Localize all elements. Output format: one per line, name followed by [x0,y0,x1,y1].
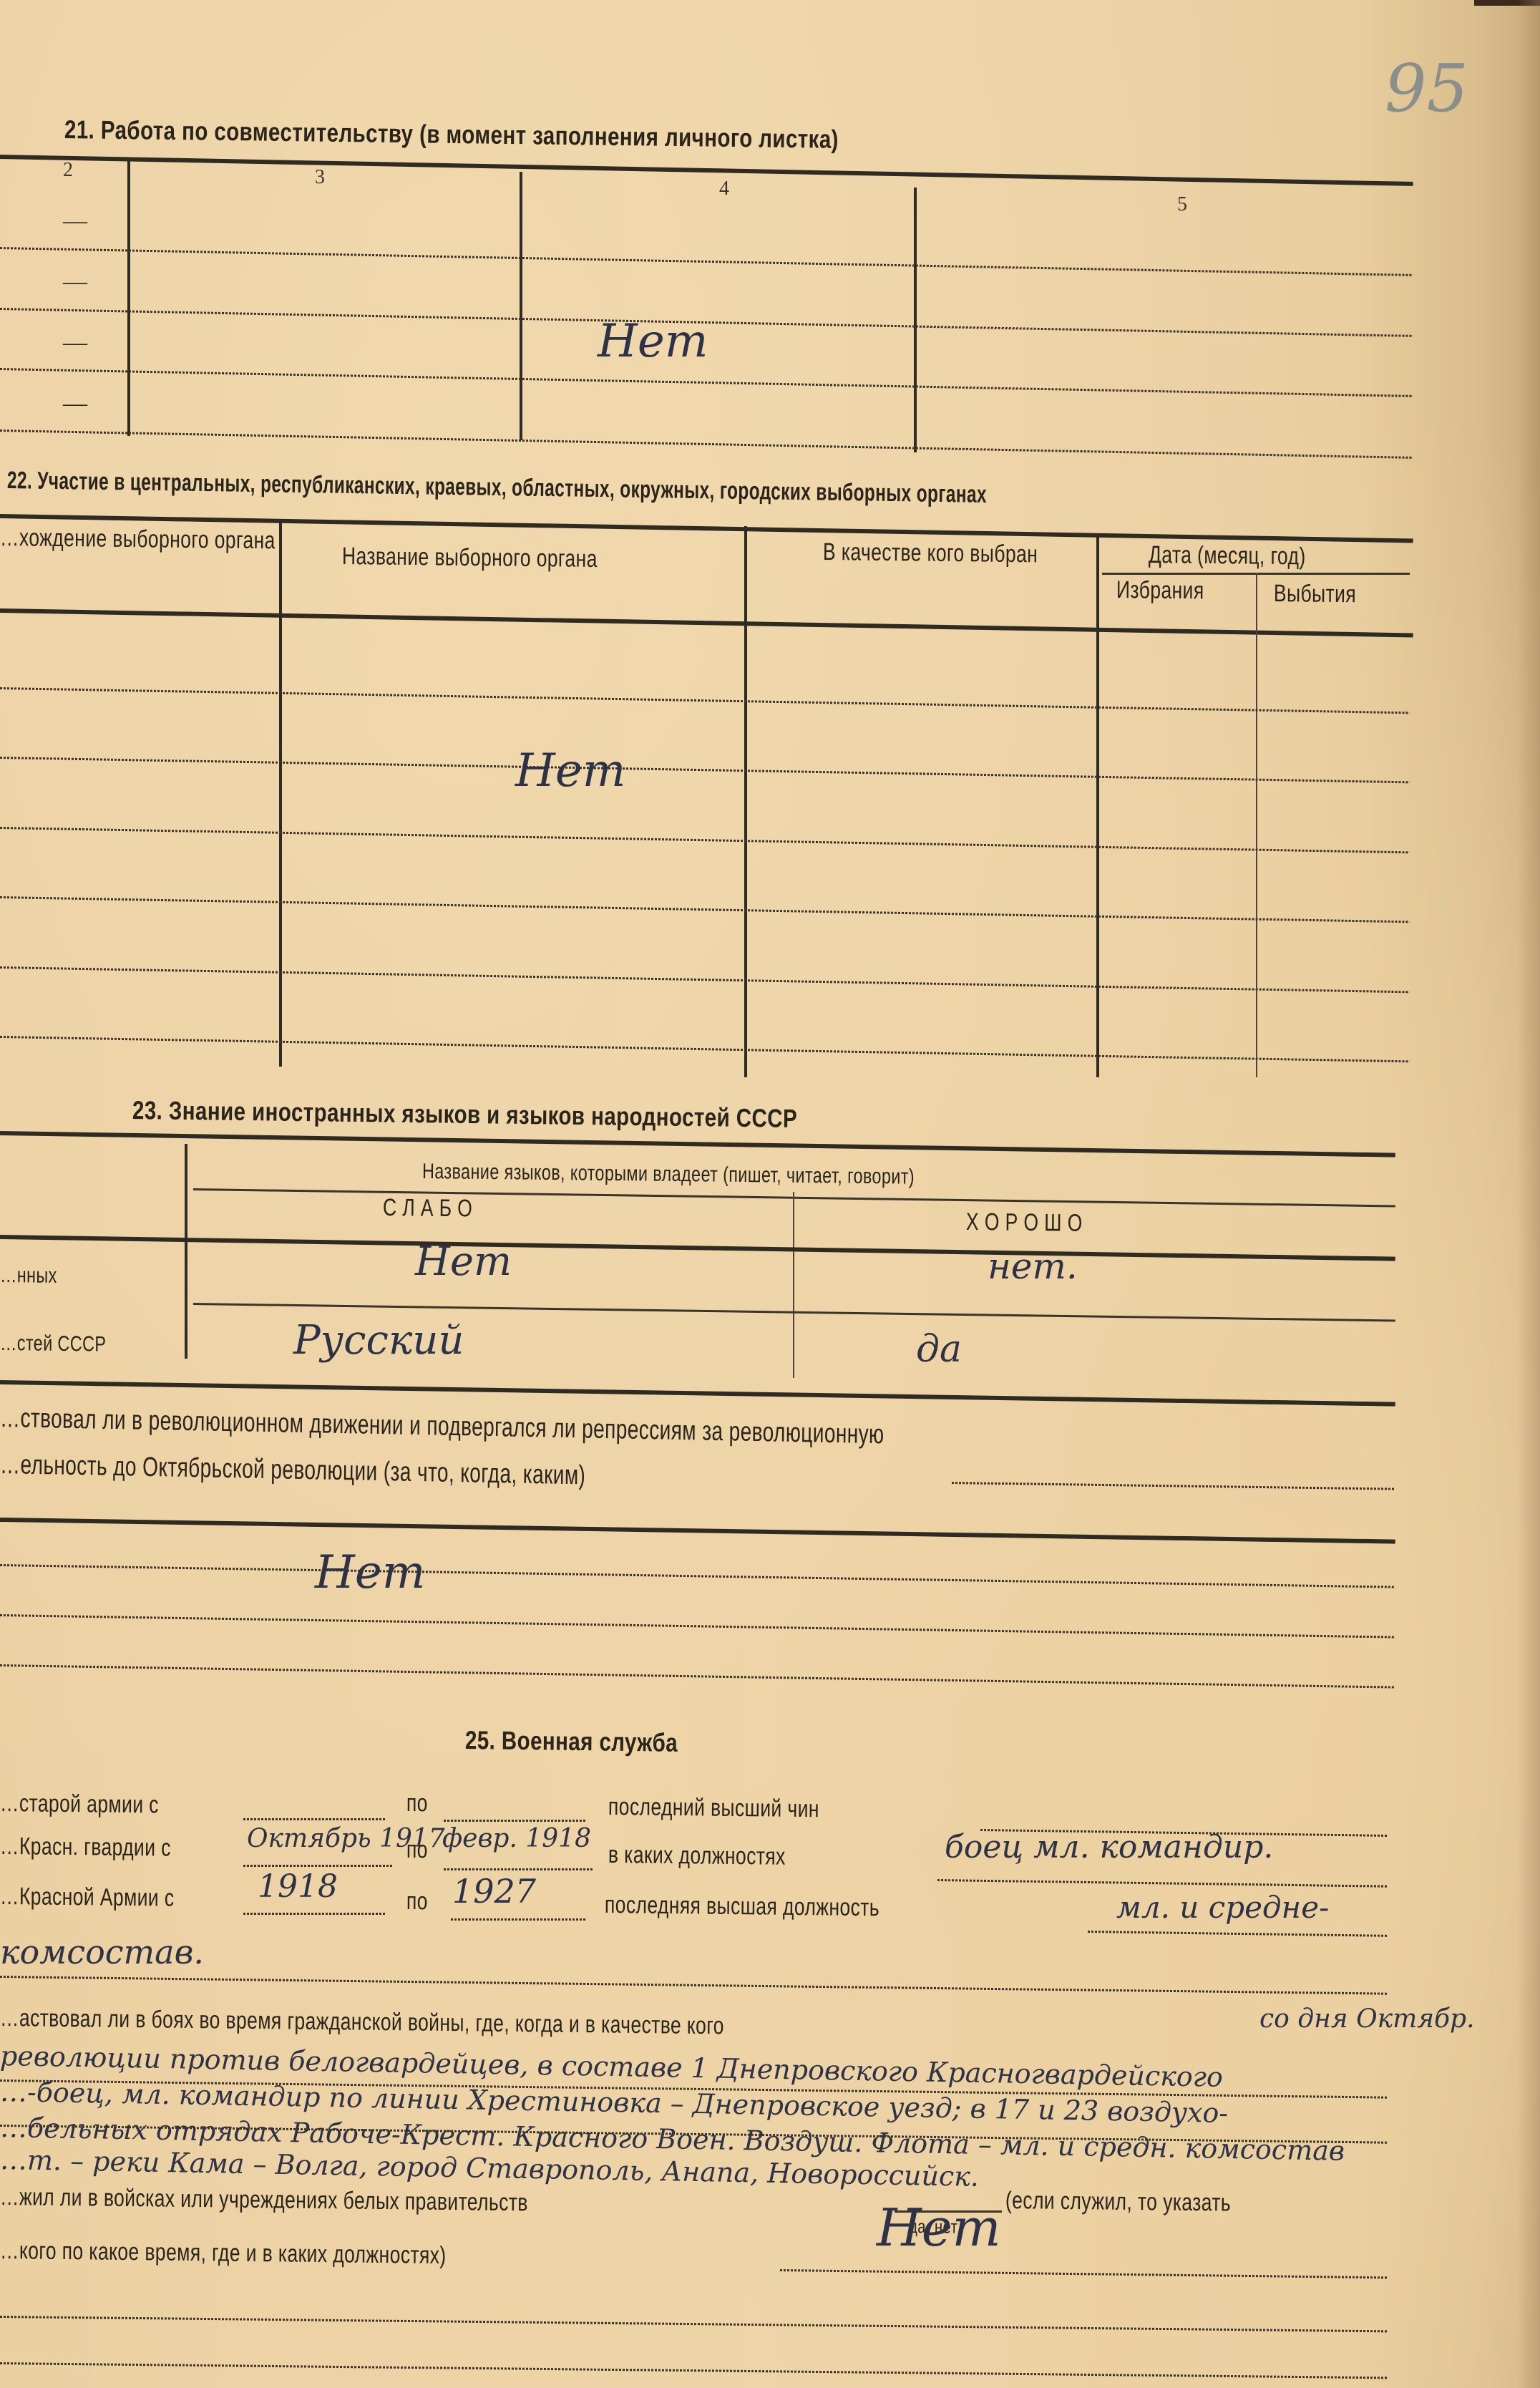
civil-war-answer-line: со дня Октябр. [1259,2004,1475,2034]
column-divider [914,188,917,452]
red-army-label: …Красной Армии с [0,1883,175,1913]
white-army-question: …жил ли в войсках или учреждениях белых … [0,2183,528,2217]
good-label: Х О Р О Ш О [966,1208,1083,1238]
red-army-position: мл. и средне- [1116,1890,1329,1925]
answer-line [0,2362,1388,2379]
row-rule [0,966,1410,993]
row-dash: — [63,208,88,235]
header-date: Дата (месяц, год) [1149,541,1306,571]
red-army-position-cont: комсостав. [0,1933,204,1971]
answer-line [780,2269,1388,2278]
row-rule [0,757,1410,783]
old-army-label: …старой армии с [0,1790,159,1819]
red-army-position-field [1088,1931,1388,1937]
column-number: 3 [315,166,325,189]
old-army-from-field [243,1818,386,1820]
header-location: …хождение выборного органа [0,524,276,555]
answer-line [0,1976,1388,1995]
section-21-title: 21. Работа по совместительству (в момент… [64,115,839,155]
row-label: …нных [0,1263,57,1288]
red-guard-from-field [243,1865,394,1867]
red-army-to: 1927 [452,1872,536,1911]
old-army-to-field [444,1820,587,1822]
section-22-title: 22. Участие в центральных, республиканск… [7,467,987,509]
answer-line [0,1518,1395,1544]
column-divider [744,526,747,1077]
weak-value: Русский [293,1317,464,1364]
section-24-question: …ельность до Октябрьской революции (за ч… [0,1450,586,1491]
answer-line [0,1614,1395,1639]
white-army-answer: Нет [877,2198,1001,2258]
red-army-from: 1918 [258,1868,338,1905]
table-rule [0,1235,1395,1261]
column-number: 5 [1177,193,1187,216]
section-23-title: 23. Знание иностранных языков и языков н… [132,1095,797,1134]
red-guard-positions-field [937,1879,1388,1888]
red-guard-label: …Красн. гвардии с [0,1833,171,1863]
page-edge-shadow [1517,0,1540,2388]
column-divider [1096,533,1099,1077]
weak-value: Нет [415,1238,512,1285]
row-label: …стей СССР [0,1331,106,1357]
weak-label: С Л А Б О [383,1194,473,1223]
row-rule [0,896,1410,923]
row-dash: — [63,390,88,417]
column-divider [520,172,522,440]
column-number: 2 [63,159,73,182]
table-rule [0,608,1413,637]
section-21-answer: Нет [598,315,708,368]
header-left: Выбытия [1274,580,1356,608]
section-22-answer: Нет [515,744,625,797]
column-divider [185,1144,187,1359]
red-army-from-field [243,1913,386,1915]
header-name: Название выборного органа [342,543,598,573]
white-army-question: …кого по какое время, где и в каких долж… [0,2237,447,2270]
table-rule [0,1131,1395,1157]
good-value: нет. [988,1246,1078,1287]
civil-war-question: …аствовал ли в боях во время гражданской… [0,2004,724,2040]
column-divider [793,1192,794,1378]
table-rule [0,155,1413,186]
red-guard-to-field [444,1868,594,1870]
row-rule [0,1036,1410,1062]
header-elected: Избрания [1116,576,1204,605]
section-24-answer: Нет [315,1546,425,1599]
row-rule [0,827,1410,853]
languages-header: Название языков, которыми владеет (пишет… [422,1160,915,1190]
good-value: да [916,1328,962,1371]
answer-line [952,1482,1395,1490]
row-rule [0,687,1410,714]
old-army-to-label: по [406,1790,428,1817]
red-army-to-field [451,1918,587,1921]
column-divider [127,160,130,436]
section-24-question: …ствовал ли в революционном движении и п… [0,1403,884,1450]
row-dash: — [63,329,88,356]
row-rule [0,368,1413,397]
red-guard-to: февр. 1918 [442,1824,591,1853]
row-rule [0,247,1413,276]
column-number: 4 [719,178,729,200]
column-divider [1256,573,1257,1077]
red-army-position-label: последняя высшая должность [605,1891,879,1922]
red-guard-positions: боец мл. командир. [945,1829,1273,1865]
table-rule [0,1380,1395,1407]
document-page: 95 21. Работа по совместительству (в мом… [0,0,1540,2388]
page-number: 95 [1385,50,1468,127]
red-guard-positions-label: в каких должностях [608,1841,786,1871]
row-dash: — [63,268,88,296]
white-army-question: (если служил, то указать [1005,2187,1231,2218]
old-army-rank-label: последний высший чин [608,1793,819,1823]
answer-line [0,2316,1388,2332]
red-guard-to-label: по [406,1836,428,1864]
column-divider [279,523,282,1067]
red-army-to-label: по [406,1888,428,1916]
answer-line [0,1664,1395,1689]
row-rule [0,429,1413,459]
section-25-title: 25. Военная служба [465,1725,678,1758]
header-role: В качестве кого выбран [823,538,1038,568]
answer-line [0,1564,1395,1588]
